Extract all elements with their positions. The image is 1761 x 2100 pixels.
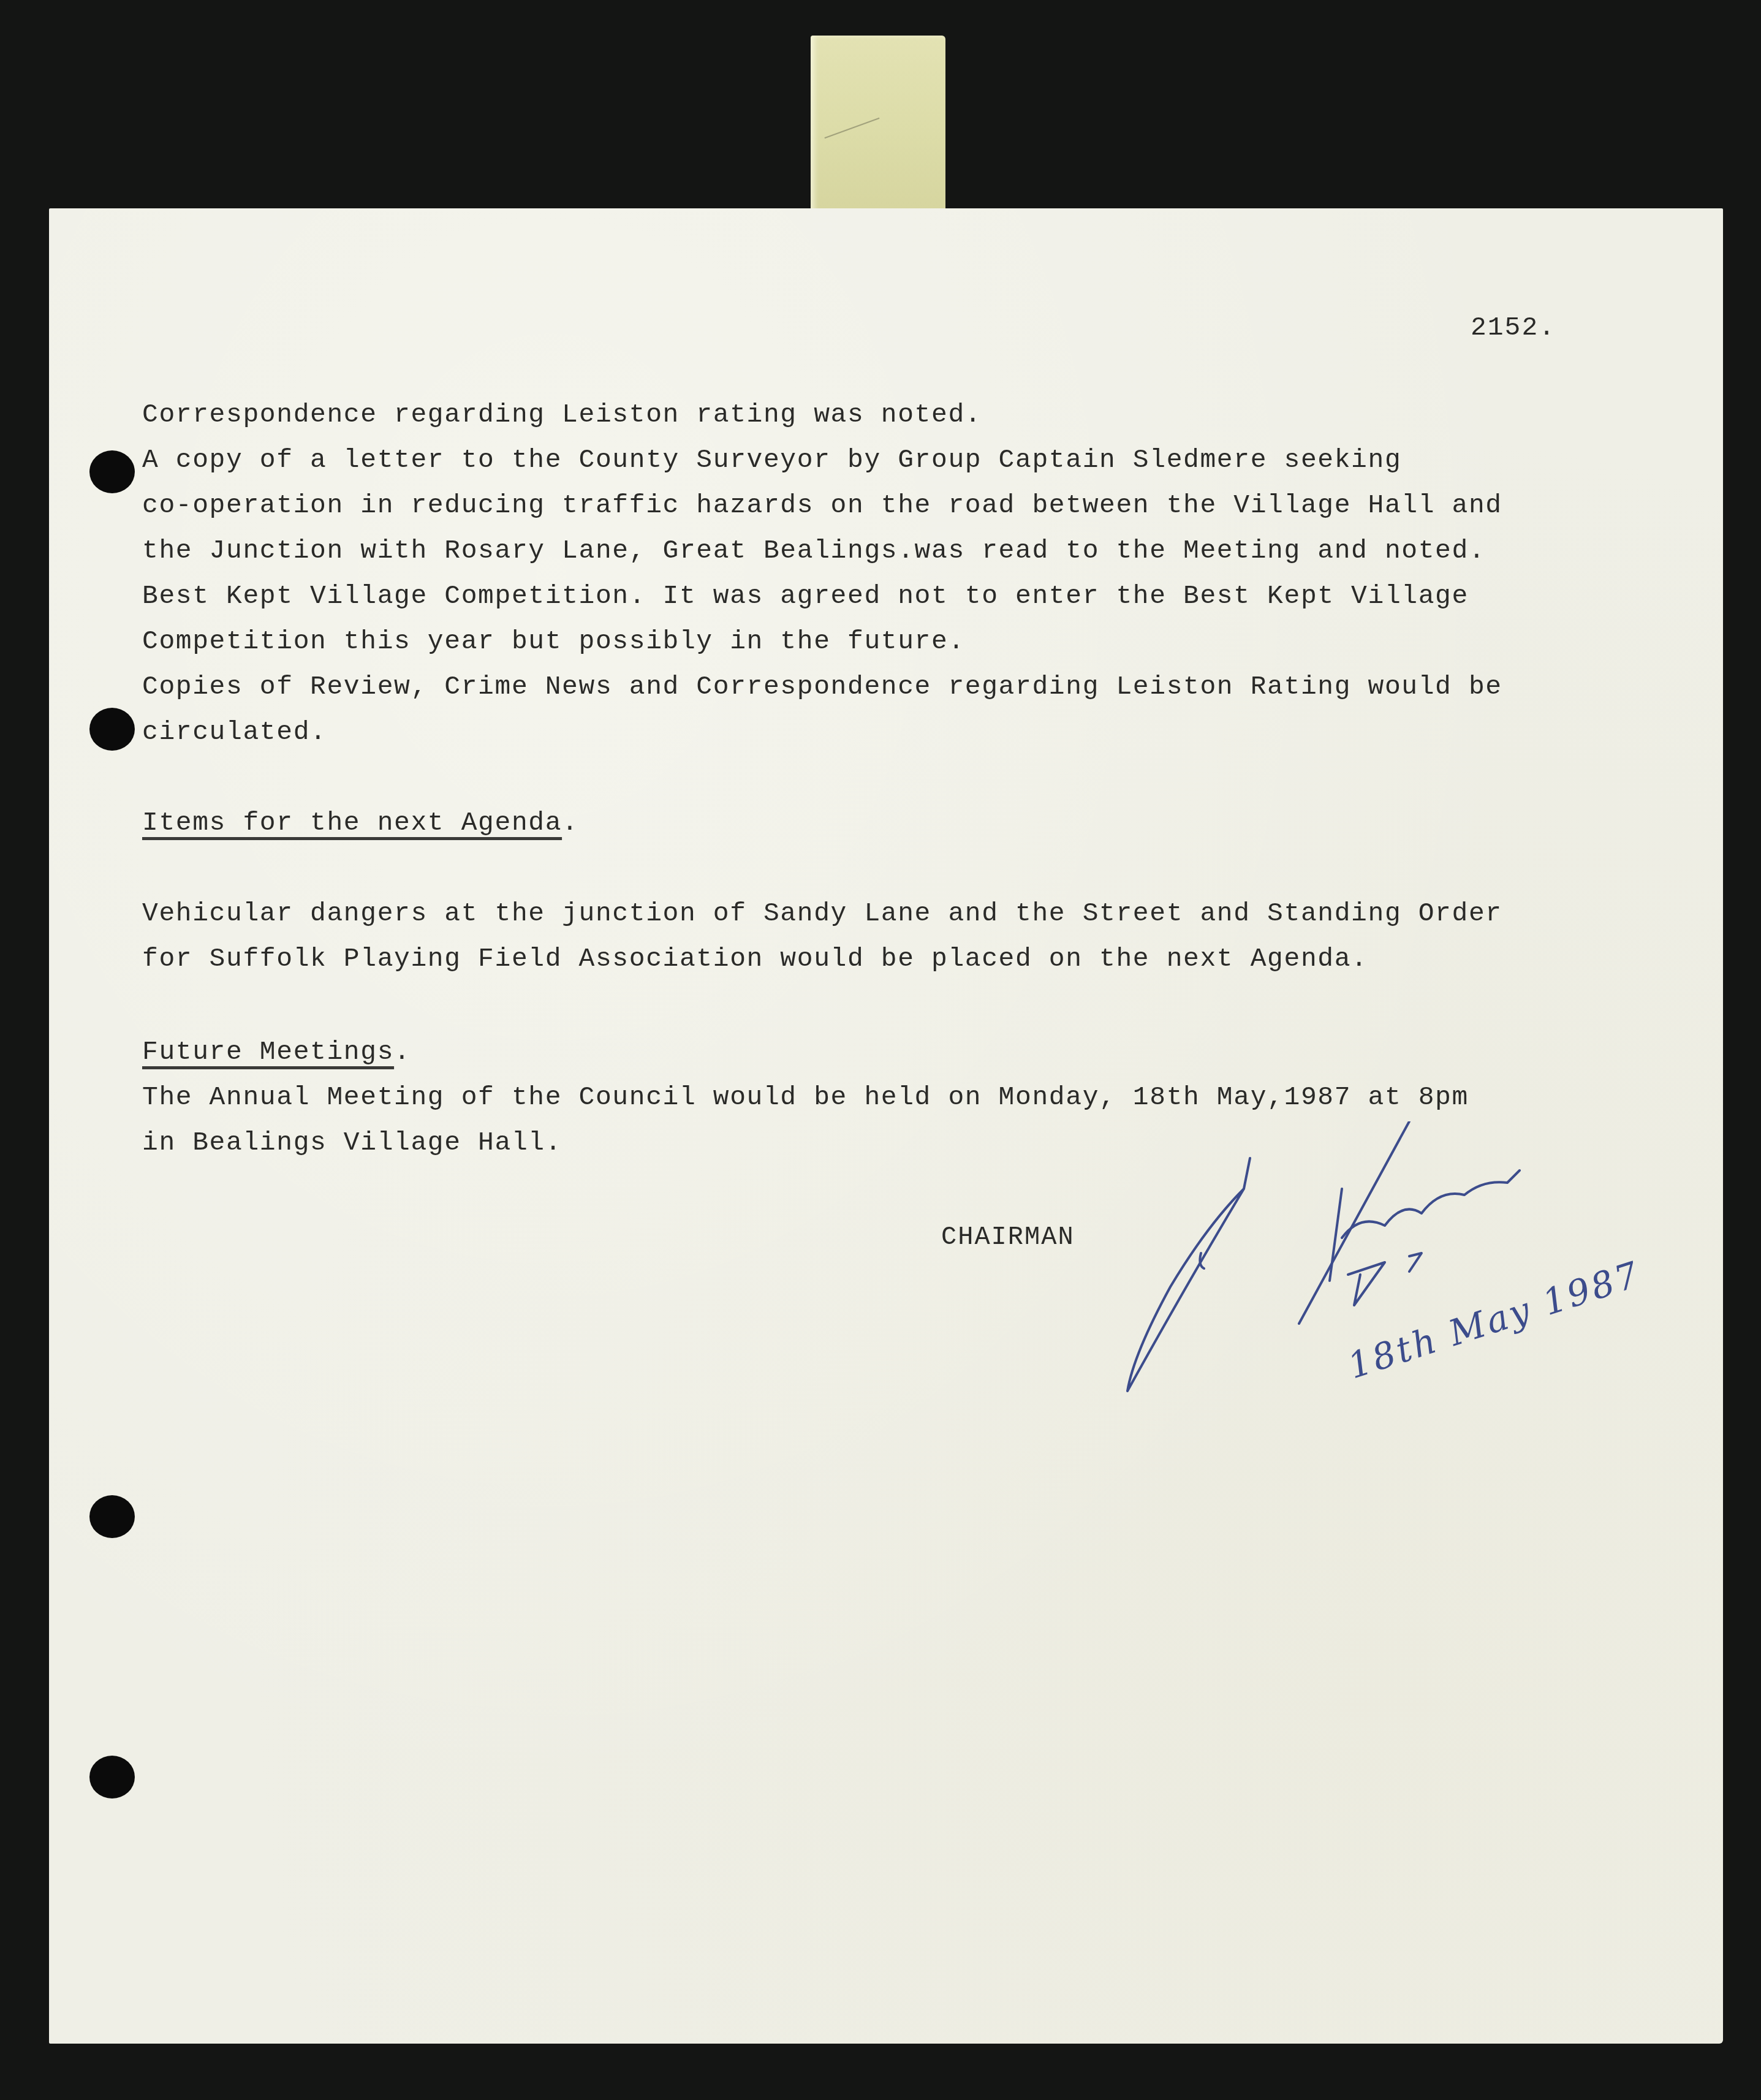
section-heading-next-agenda: Items for the next Agenda. [142, 800, 579, 846]
agenda-line: for Suffolk Playing Field Association wo… [142, 936, 1368, 982]
section-heading-future-meetings: Future Meetings. [142, 1029, 411, 1075]
heading-text: Items for the next Agenda [142, 808, 562, 838]
agenda-line: Vehicular dangers at the junction of San… [142, 891, 1502, 936]
paragraph-line: Best Kept Village Competition. It was ag… [142, 574, 1469, 619]
adhesive-tape [811, 36, 945, 213]
paragraph-line: the Junction with Rosary Lane, Great Bea… [142, 528, 1485, 574]
meeting-line: The Annual Meeting of the Council would … [142, 1075, 1469, 1120]
meeting-line: in Bealings Village Hall. [142, 1120, 562, 1166]
heading-suffix: . [394, 1037, 411, 1067]
paragraph-line: circulated. [142, 710, 327, 755]
punch-hole [89, 1756, 135, 1799]
heading-text: Future Meetings [142, 1037, 394, 1067]
punch-hole [89, 708, 135, 751]
heading-suffix: . [562, 808, 578, 838]
chairman-signature [1042, 1121, 1654, 1416]
paragraph-line: co-operation in reducing traffic hazards… [142, 483, 1502, 528]
paragraph-line: Competition this year but possibly in th… [142, 619, 965, 664]
punch-hole [89, 450, 135, 493]
punch-hole [89, 1495, 135, 1538]
paragraph-line: Correspondence regarding Leiston rating … [142, 392, 982, 438]
page-number: 2152. [1471, 313, 1556, 343]
paragraph-line: A copy of a letter to the County Surveyo… [142, 438, 1401, 483]
paragraph-line: Copies of Review, Crime News and Corresp… [142, 664, 1502, 710]
